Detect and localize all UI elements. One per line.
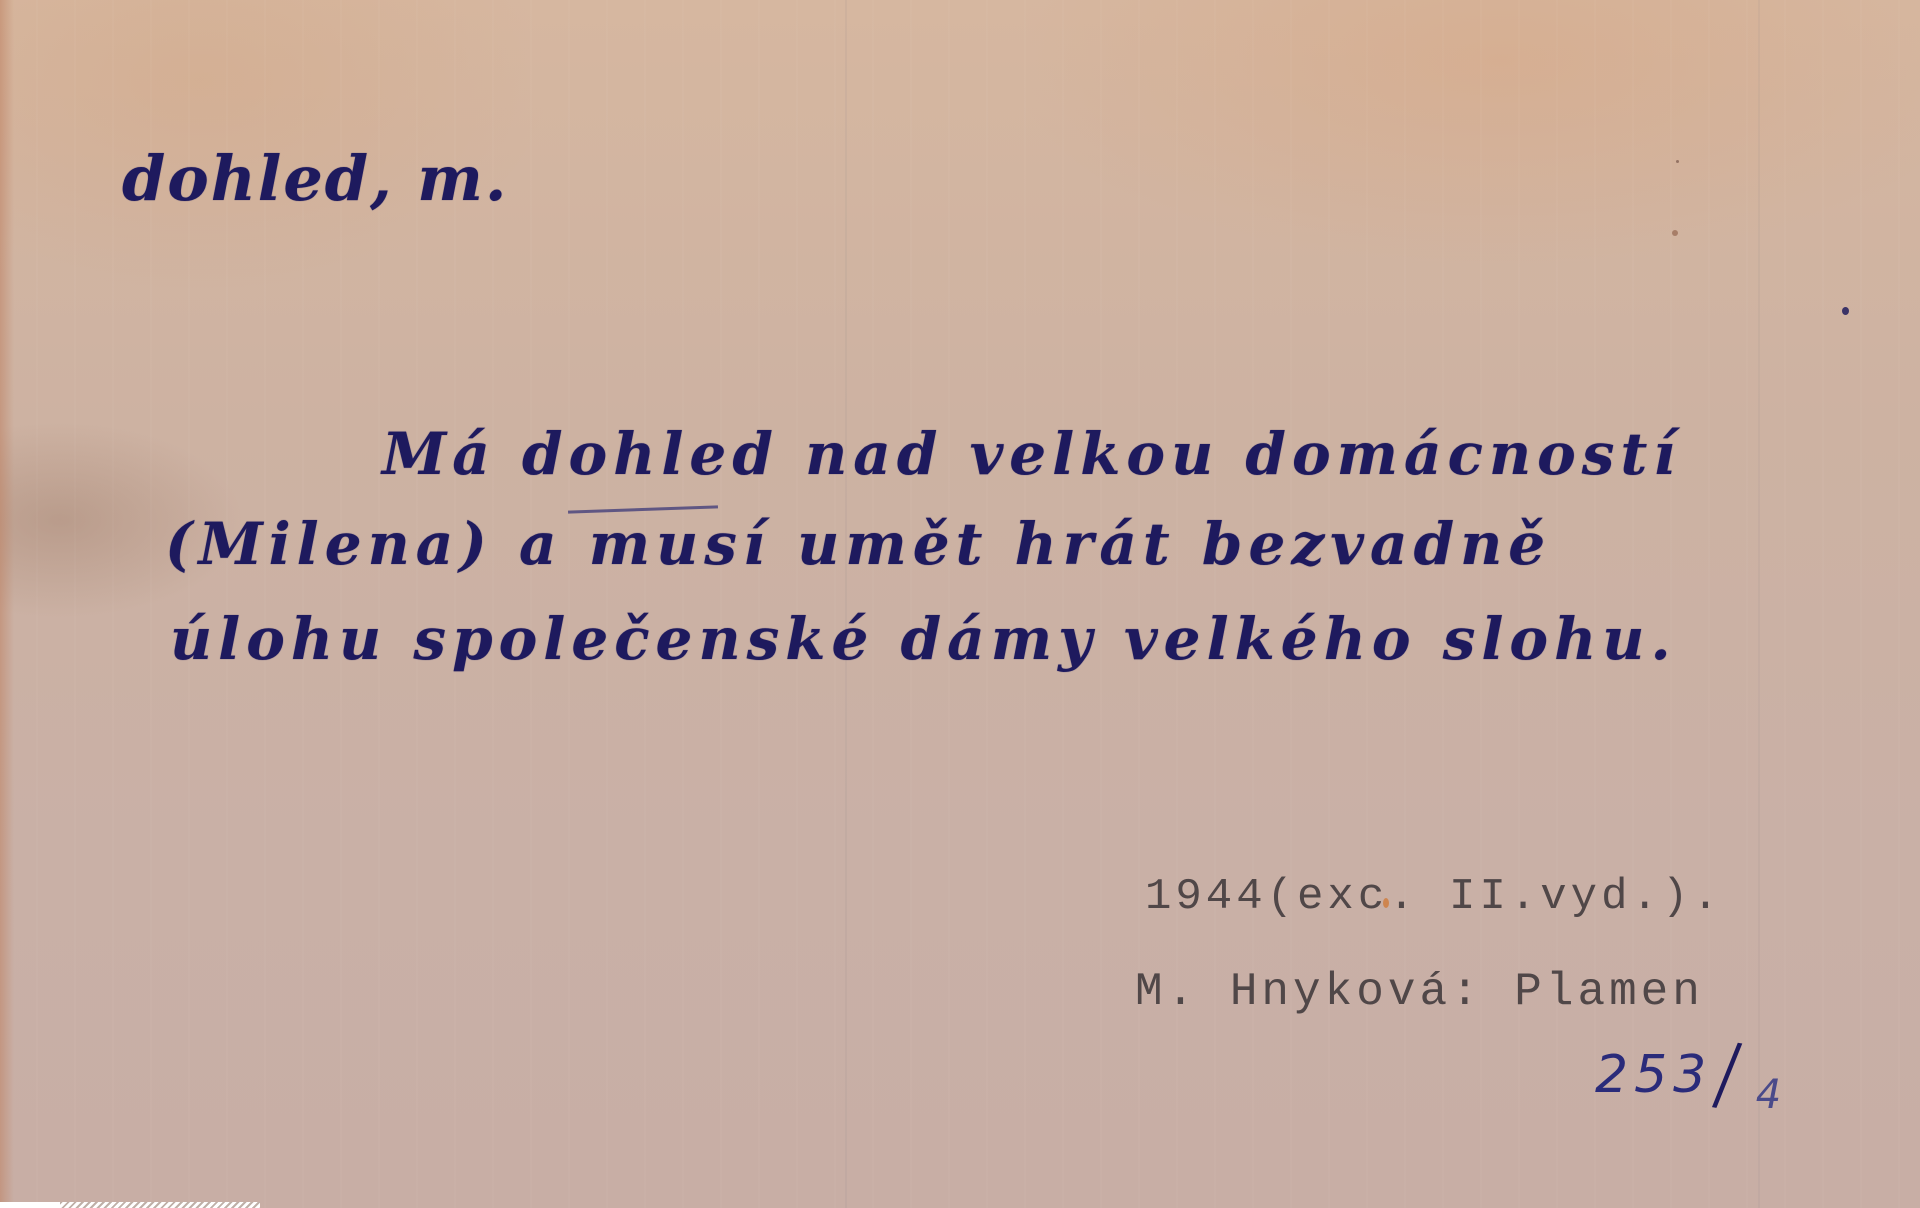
quotation-line-1: Má dohled nad velkou domácností — [382, 420, 1681, 488]
quotation-line-3: úlohu společenské dámy velkého slohu. — [170, 605, 1677, 673]
ink-dot — [1842, 307, 1849, 315]
source-author-title-line: M. Hnyková: Plamen — [1135, 966, 1704, 1018]
paper-fold-line — [1758, 0, 1760, 1208]
card-left-edge — [0, 0, 14, 1208]
source-year-line: 1944(exc. II.vyd.). — [1145, 872, 1723, 922]
scan-edge-strip — [0, 1202, 260, 1208]
scan-edge-hatch — [60, 1202, 260, 1208]
reference-number: 253/4 — [1595, 1045, 1787, 1105]
headword: dohled, m. — [122, 142, 509, 215]
quotation-line-2: (Milena) a musí umět hrát bezvadně — [165, 510, 1551, 578]
index-card: dohled, m. Má dohled nad velkou domácnos… — [0, 0, 1920, 1208]
stain-spot — [1672, 230, 1678, 236]
stain-spot — [1676, 160, 1679, 163]
reference-sub-number: 4 — [1756, 1072, 1787, 1118]
reference-separator: / — [1715, 1025, 1745, 1124]
reference-page: 253 — [1595, 1045, 1712, 1105]
paper-fold-line — [845, 0, 847, 1208]
